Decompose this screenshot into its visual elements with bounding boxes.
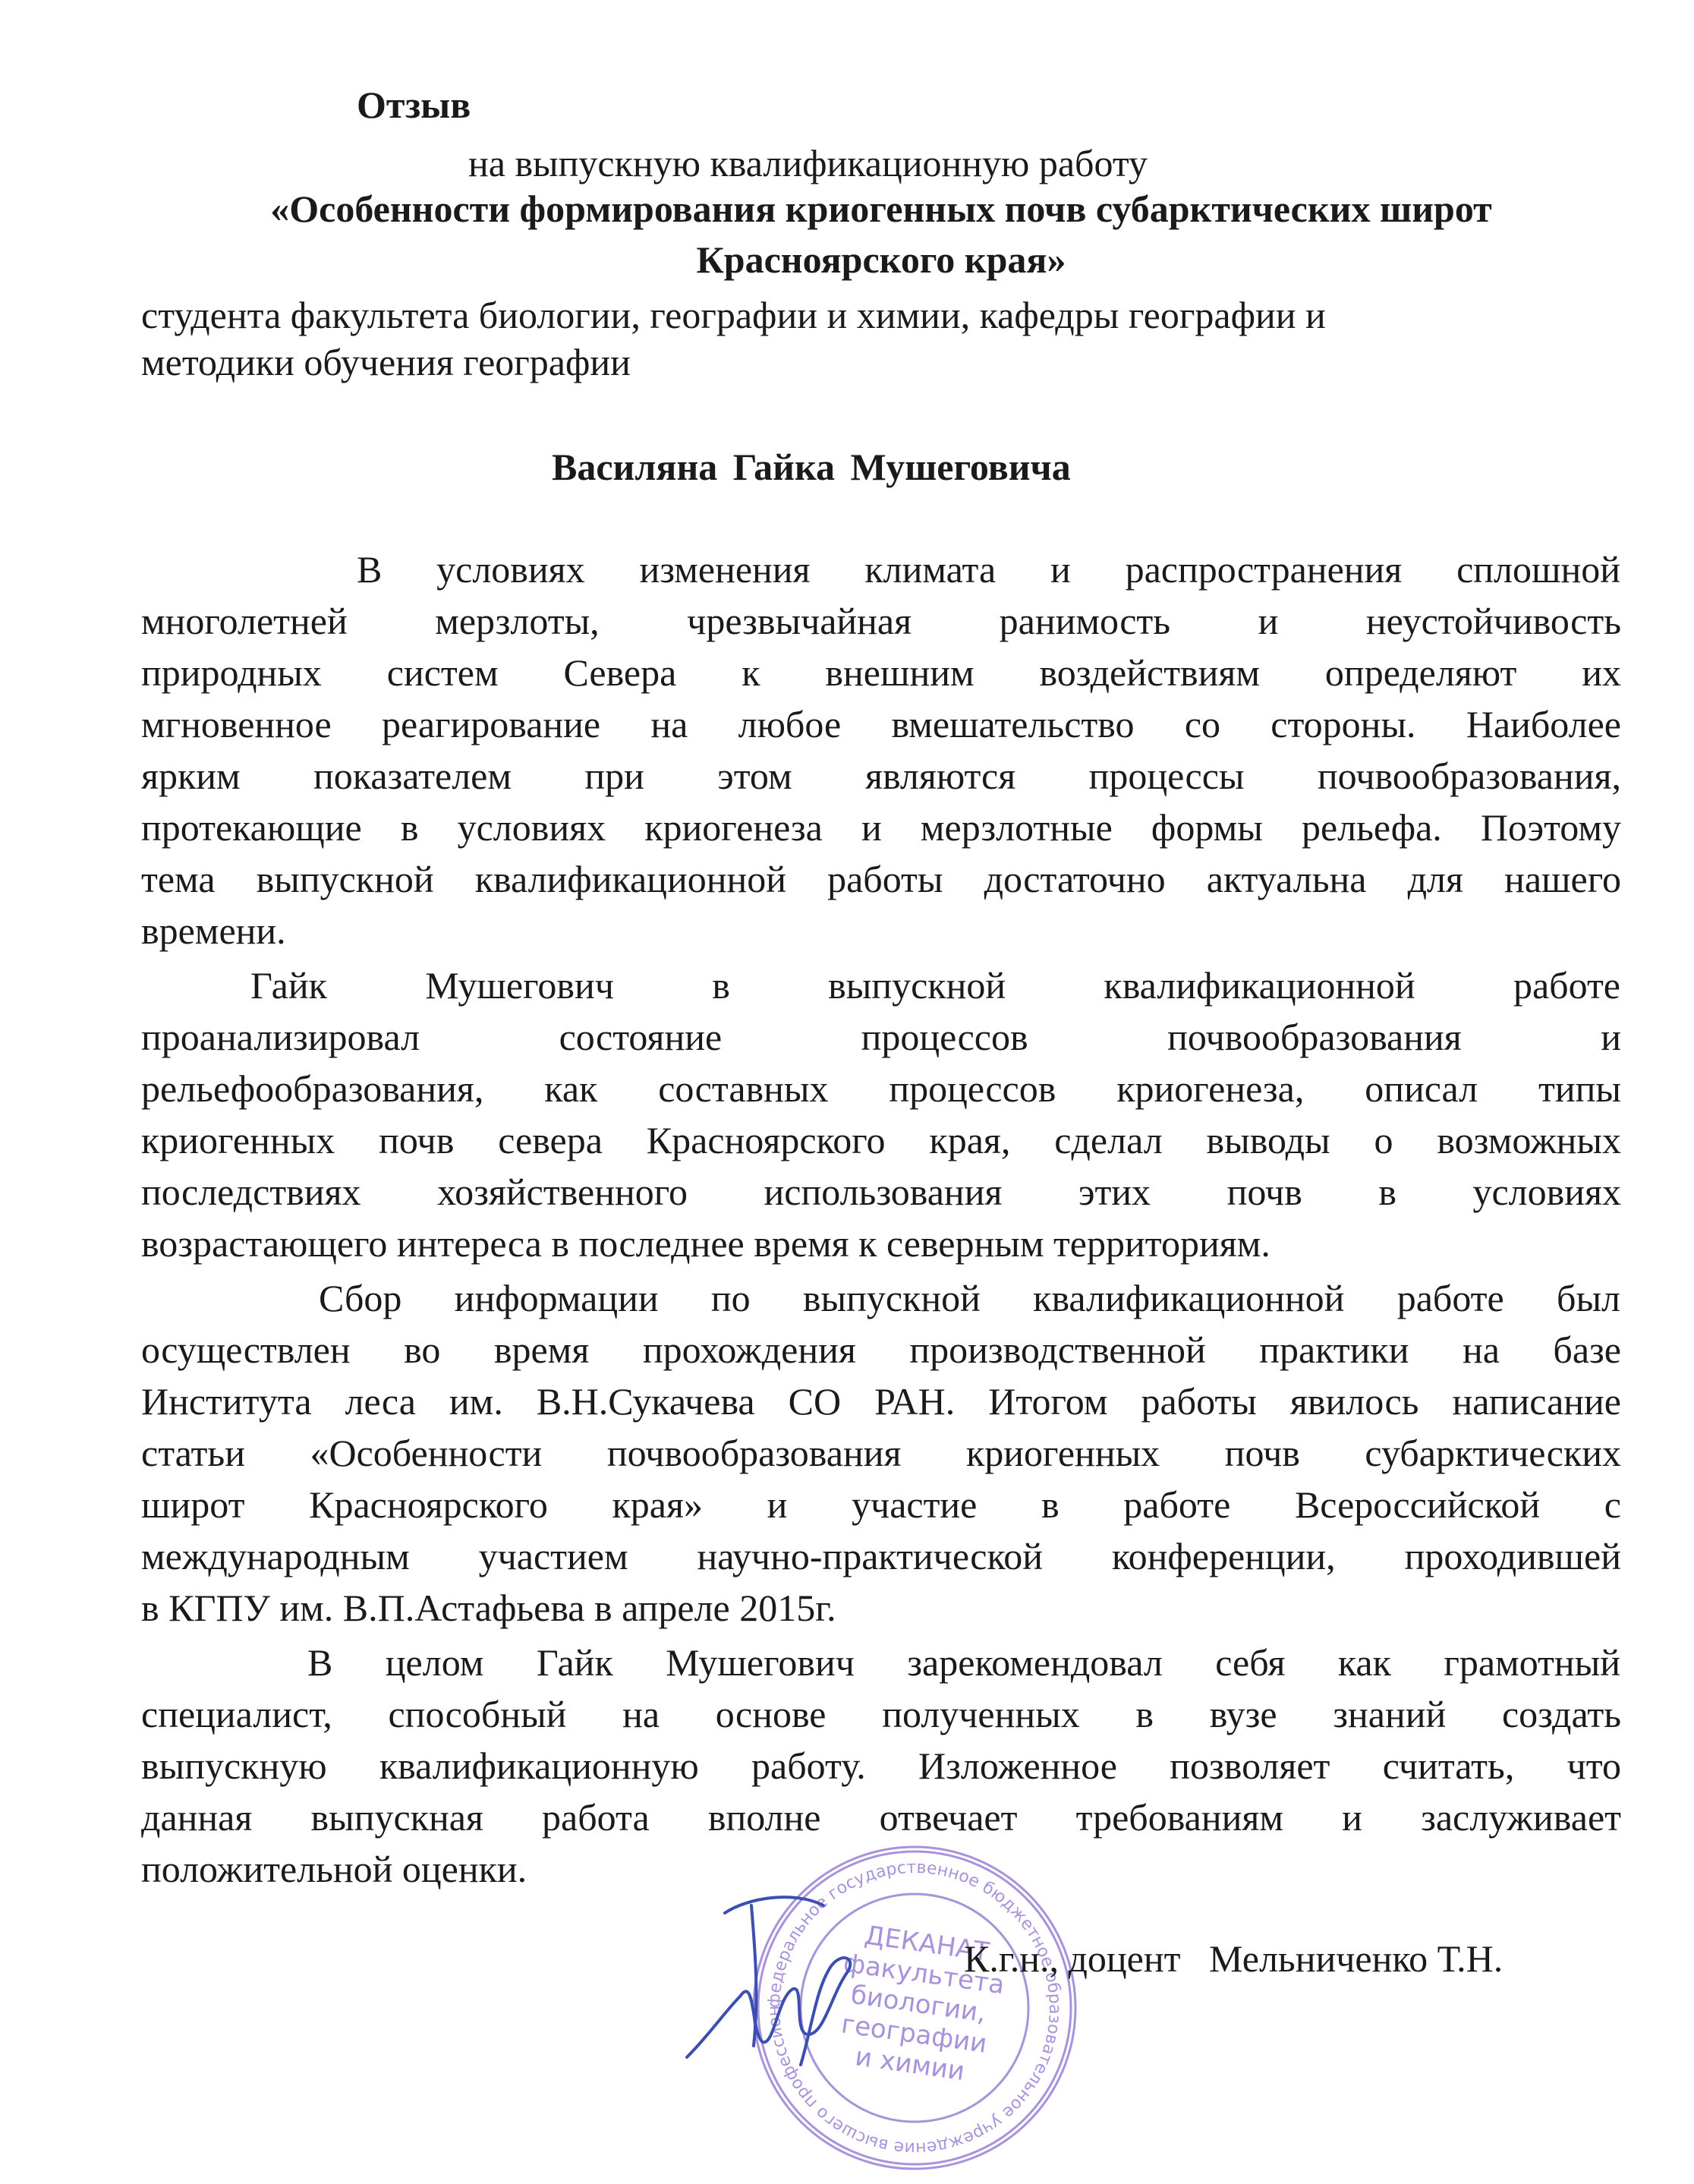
- paragraph-line: Сбор информации по выпускной квалификаци…: [319, 1275, 1620, 1321]
- student-name: Василяна Гайка Мушеговича: [552, 444, 1071, 490]
- document-subtitle: на выпускную квалификационную работу: [468, 140, 1148, 186]
- student-line-1: студента факультета биологии, географии …: [141, 292, 1326, 338]
- paragraph-line: времени.: [141, 908, 286, 953]
- paragraph-line: природных систем Севера к внешним воздей…: [141, 650, 1621, 695]
- student-line-2: методики обучения географии: [141, 339, 631, 385]
- paragraph-line: Гайк Мушегович в выпускной квалификацион…: [250, 963, 1620, 1008]
- paragraph-line: ярким показателем при этом являются проц…: [141, 753, 1621, 799]
- document-title: Отзыв: [357, 82, 471, 128]
- paragraph-line: специалист, способный на основе полученн…: [141, 1691, 1621, 1737]
- work-title-line-2: Красноярского края»: [141, 237, 1621, 282]
- signer-name: К.г.н., доцент Мельниченко Т.Н.: [964, 1936, 1503, 1981]
- paragraph-line: мгновенное реагирование на любое вмешате…: [141, 701, 1621, 747]
- paragraph-line: рельефообразования, как составных процес…: [141, 1066, 1621, 1111]
- paragraph-line: многолетней мерзлоты, чрезвычайная раним…: [141, 598, 1621, 644]
- paragraph-line: В условиях изменения климата и распростр…: [357, 547, 1620, 592]
- handwritten-signature-icon: [679, 1883, 884, 2080]
- paragraph-line: данная выпускная работа вполне отвечает …: [141, 1795, 1621, 1840]
- paragraph-line: возрастающего интереса в последнее время…: [141, 1221, 1270, 1266]
- paragraph-line: протекающие в условиях криогенеза и мерз…: [141, 805, 1621, 850]
- paragraph-line: международным участием научно-практическ…: [141, 1533, 1621, 1579]
- paragraph-line: осуществлен во время прохождения произво…: [141, 1327, 1621, 1372]
- work-title-line-1: «Особенности формирования криогенных поч…: [141, 186, 1621, 232]
- paragraph-line: тема выпускной квалификационной работы д…: [141, 856, 1621, 902]
- paragraph-line: Института леса им. В.Н.Сукачева СО РАН. …: [141, 1379, 1621, 1424]
- paragraph-line: криогенных почв севера Красноярского кра…: [141, 1117, 1621, 1163]
- signature: [679, 1883, 884, 2080]
- paragraph-line: в КГПУ им. В.П.Астафьева в апреле 2015г.: [141, 1585, 836, 1631]
- paragraph-line: положительной оценки.: [141, 1846, 527, 1892]
- paragraph-line: последствиях хозяйственного использовани…: [141, 1169, 1621, 1215]
- paragraph-line: В целом Гайк Мушегович зарекомендовал се…: [307, 1640, 1620, 1685]
- paragraph-line: проанализировал состояние процессов почв…: [141, 1014, 1621, 1060]
- paragraph-line: статьи «Особенности почвообразования кри…: [141, 1430, 1621, 1476]
- paragraph-line: широт Красноярского края» и участие в ра…: [141, 1482, 1621, 1527]
- paragraph-line: выпускную квалификационную работу. Излож…: [141, 1743, 1621, 1788]
